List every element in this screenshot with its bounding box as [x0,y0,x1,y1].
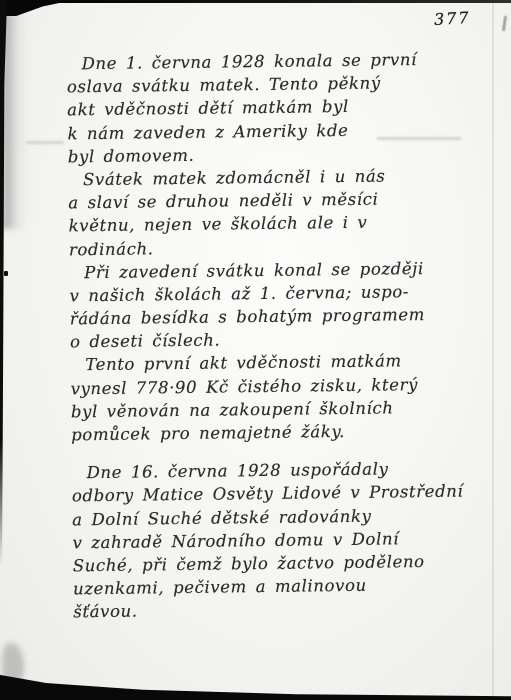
page-number: 377 [434,8,471,29]
scan-streak-left [26,141,64,144]
scan-edge-bottom [0,666,511,700]
page-fold-line [492,0,494,700]
handwritten-line: šťávou. [73,596,458,624]
scan-tick-top-right [502,16,507,31]
handwritten-line: Dne 1. června 1928 konala se první [67,48,452,76]
handwritten-line: Suché, při čemž bylo žactvo poděleno [73,550,458,578]
scan-edge-dot [4,271,8,276]
scan-smudge-top-left [3,14,28,229]
handwritten-line: vynesl 778·90 Kč čistého zisku, který [70,372,455,400]
handwritten-line: odbory Matice Osvěty Lidové v Prostřední [72,480,457,508]
handwriting-lines: Dne 1. června 1928 konala se prvníoslava… [67,48,459,624]
scanned-document-page: 377 Dne 1. června 1928 konala se prvníos… [0,0,511,700]
scan-edge-top [0,0,511,3]
handwritten-line: pomůcek pro nemajetné žáky. [71,419,456,447]
